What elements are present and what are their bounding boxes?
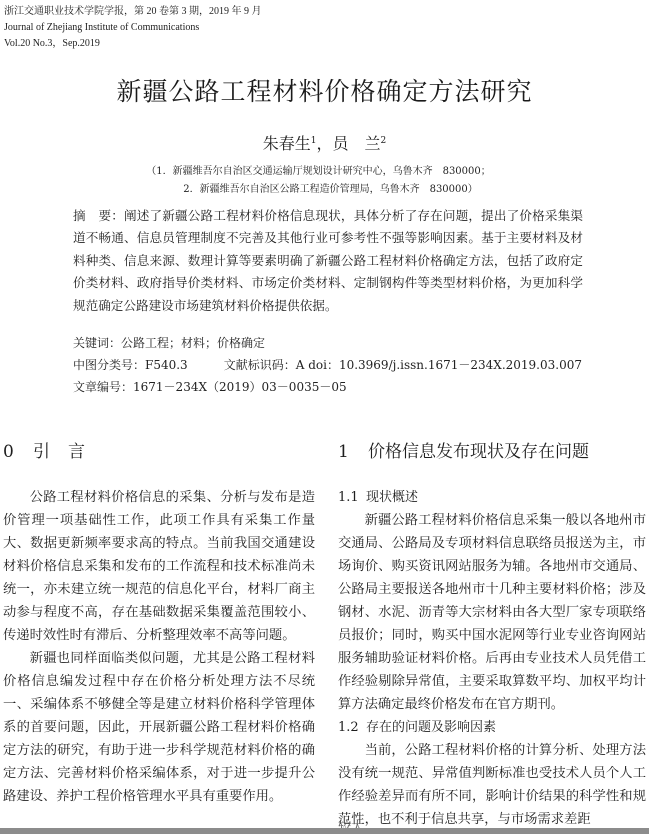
section-1-1-paragraph: 新疆公路工程材料价格信息采集一般以各地州市交通局、公路局及专项材料信息联络员报送…: [338, 509, 646, 716]
affiliation-1: （1．新疆维吾尔自治区交通运输厅规划设计研究中心，乌鲁木齐 830000；: [0, 162, 643, 177]
subsection-title: 现状概述: [366, 490, 418, 505]
journal-header-english: Journal of Zhejiang Institute of Communi…: [4, 20, 262, 36]
subsection-number: 1.1: [338, 486, 366, 509]
intro-paragraph-2: 新疆也同样面临类似问题，尤其是公路工程材料价格信息编发过程中存在价格分析处理方法…: [3, 647, 315, 808]
clc-label: 中图分类号：: [73, 358, 145, 372]
author-name: 员 兰: [333, 134, 381, 153]
cutoff-text: 较大: [338, 818, 364, 828]
keywords-text: 公路工程；材料；价格确定: [121, 336, 265, 350]
section-heading-intro: 0引言: [3, 440, 315, 472]
journal-volume-issue: Vol.20 No.3，Sep.2019: [4, 36, 262, 52]
clc-value: F540.3: [145, 358, 188, 372]
article-number-label: 文章编号：: [73, 380, 133, 394]
article-number-line: 文章编号：1671－234X（2019）03－0035－05: [73, 378, 347, 395]
section-title: 引言: [33, 442, 103, 462]
abstract-label: 摘 要：: [73, 208, 124, 223]
page-bottom-edge: [0, 828, 649, 834]
author-name: 朱春生: [263, 134, 311, 153]
author-list: 朱春生1，员 兰2: [0, 131, 649, 154]
section-title: 价格信息发布现状及存在问题: [368, 442, 589, 462]
article-number-value: 1671－234X（2019）03－0035－05: [133, 380, 347, 394]
paper-title: 新疆公路工程材料价格确定方法研究: [0, 72, 649, 108]
section-1-2-paragraph: 当前，公路工程材料价格的计算分析、处理方法没有统一规范、异常值判断标准也受技术人…: [338, 739, 646, 831]
doc-code-label: 文献标识码：: [224, 358, 296, 372]
keywords: 关键词：公路工程；材料；价格确定: [73, 334, 265, 351]
subsection-heading-1-1: 1.1现状概述: [338, 486, 646, 509]
abstract-text: 阐述了新疆公路工程材料价格信息现状，具体分析了存在问题，提出了价格采集渠道不畅通…: [73, 208, 583, 313]
intro-paragraph-1: 公路工程材料价格信息的采集、分析与发布是造价管理一项基础性工作，此项工作具有采集…: [3, 486, 315, 647]
subsection-heading-1-2: 1.2存在的问题及影响因素: [338, 716, 646, 739]
subsection-title: 存在的问题及影响因素: [366, 720, 496, 735]
left-column: 0引言 公路工程材料价格信息的采集、分析与发布是造价管理一项基础性工作，此项工作…: [3, 440, 315, 808]
abstract: 摘 要：阐述了新疆公路工程材料价格信息现状，具体分析了存在问题，提出了价格采集渠…: [73, 205, 583, 317]
keywords-label: 关键词：: [73, 336, 121, 350]
journal-header-chinese: 浙江交通职业技术学院学报，第 20 卷第 3 期，2019 年 9 月: [4, 4, 262, 20]
affiliation-2: 2．新疆维吾尔自治区公路工程造价管理局，乌鲁木齐 830000）: [6, 180, 649, 195]
author-separator: ，: [316, 134, 332, 153]
journal-header: 浙江交通职业技术学院学报，第 20 卷第 3 期，2019 年 9 月 Jour…: [4, 4, 262, 52]
section-number: 0: [3, 440, 33, 464]
doc-code-value: A doi：10.3969/j.issn.1671－234X.2019.03.0…: [296, 358, 582, 372]
right-column: 1价格信息发布现状及存在问题 1.1现状概述 新疆公路工程材料价格信息采集一般以…: [338, 440, 646, 831]
section-number: 1: [338, 440, 368, 464]
classification-line: 中图分类号：F540.3文献标识码：A doi：10.3969/j.issn.1…: [73, 356, 582, 373]
section-heading-1: 1价格信息发布现状及存在问题: [338, 440, 646, 472]
subsection-number: 1.2: [338, 716, 366, 739]
affiliation-mark: 2: [381, 136, 387, 146]
